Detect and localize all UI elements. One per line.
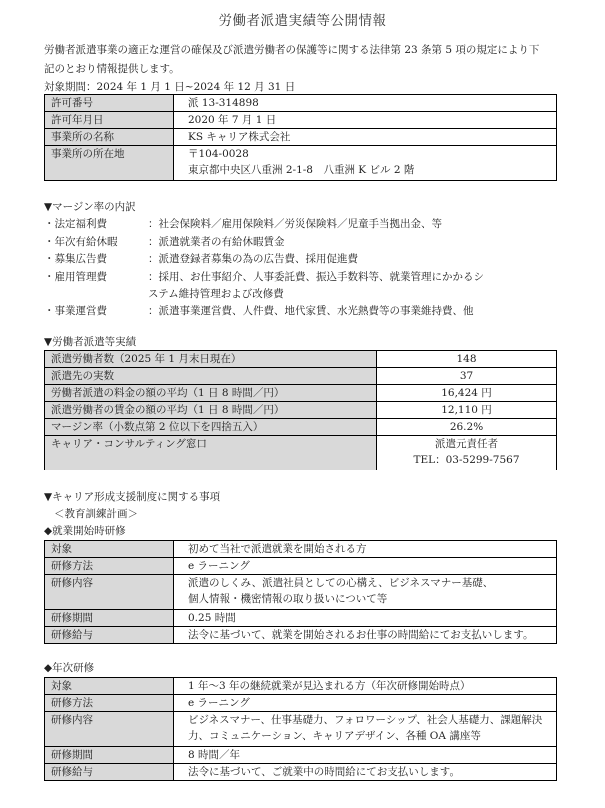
row-label: 研修期間: [45, 610, 174, 627]
row-value: 法令に基づいて、就業を開始されるお仕事の時間給にてお支払いします。: [174, 627, 557, 644]
row-label: 対象: [45, 678, 174, 695]
row-value: 8 時間／年: [174, 747, 557, 764]
row-label: 派遣労働者数（2025 年 1 月末日現在）: [45, 351, 377, 368]
table-row: 労働者派遣の料金の額の平均（1 日 8 時間／円） 16,424 円: [45, 385, 557, 402]
row-label: 事業所の所在地: [45, 146, 174, 181]
table-row: 対象 初めて当社で派遣就業を開始される方: [45, 541, 557, 558]
row-label: 研修期間: [45, 747, 174, 764]
item-value: ：採用、お仕事紹介、人事委託費、振込手数料等、就業管理にかかるシ: [148, 269, 484, 284]
list-item: ・募集広告費：派遣登録者募集の為の広告費、採用促進費: [44, 251, 358, 266]
row-label: 研修給与: [45, 764, 174, 781]
intro-line-2: 記のとおり情報提供します。: [44, 61, 180, 76]
career-heading: ▼キャリア形成支援制度に関する事項: [44, 489, 220, 504]
table-row: 研修方法 e ラーニング: [45, 695, 557, 712]
row-label: 研修内容: [45, 712, 174, 747]
table-row: 研修期間 8 時間／年: [45, 747, 557, 764]
row-value: 派遣のしくみ、派遣社員としての心構え、ビジネスマナー基礎、 個人情報・機密情報の…: [174, 575, 557, 610]
row-label: 研修内容: [45, 575, 174, 610]
row-label: 研修方法: [45, 695, 174, 712]
performance-table: 派遣労働者数（2025 年 1 月末日現在） 148 派遣先の実数 37 労働者…: [44, 350, 557, 470]
table-row: 派遣労働者の賃金の額の平均（1 日 8 時間／円） 12,110 円: [45, 402, 557, 419]
table-row: 研修給与 法令に基づいて、就業を開始されるお仕事の時間給にてお支払いします。: [45, 627, 557, 644]
company-name: KS キャリア株式会社: [174, 129, 557, 146]
street-address: 東京都中央区八重洲 2-1-8 八重洲 K ビル 2 階: [188, 162, 556, 178]
item-value: ：派遣事業運営費、人件費、地代家賃、水光熱費等の事業維持費、他: [148, 303, 474, 318]
row-value: 初めて当社で派遣就業を開始される方: [174, 541, 557, 558]
license-number: 派 13-314898: [174, 95, 557, 112]
dispatched-workers-count: 148: [377, 351, 557, 368]
page-title: 労働者派遣実績等公開情報: [0, 9, 605, 29]
row-value-line-1: ビジネスマナー、仕事基礎力、フォロワーシップ、社会人基礎力、課題解決: [188, 712, 556, 728]
postal-code: 〒104-0028: [188, 146, 556, 162]
table-row: 事業所の所在地 〒104-0028 東京都中央区八重洲 2-1-8 八重洲 K …: [45, 146, 557, 181]
initial-training-heading: ◆就業開始時研修: [44, 523, 126, 538]
table-row: 対象 1 年～3 年の継続就業が見込まれる方（年次研修開始時点）: [45, 678, 557, 695]
row-label: マージン率（小数点第 2 位以下を四捨五入）: [45, 419, 377, 436]
table-row: 派遣先の実数 37: [45, 368, 557, 385]
item-key: ・年次有給休暇: [44, 234, 148, 249]
table-row: 許可番号 派 13-314898: [45, 95, 557, 112]
table-row: 研修給与 法令に基づいて、ご就業中の時間給にてお支払いします。: [45, 764, 557, 781]
table-row: 許可年月日 2020 年 7 月 1 日: [45, 112, 557, 129]
row-value: 法令に基づいて、ご就業中の時間給にてお支払いします。: [174, 764, 557, 781]
annual-training-table: 対象 1 年～3 年の継続就業が見込まれる方（年次研修開始時点） 研修方法 e …: [44, 677, 557, 781]
item-key: ・雇用管理費: [44, 269, 148, 284]
table-row: 派遣労働者数（2025 年 1 月末日現在） 148: [45, 351, 557, 368]
item-value: ：派遣登録者募集の為の広告費、採用促進費: [148, 251, 358, 266]
row-label: 派遣先の実数: [45, 368, 377, 385]
table-row: 研修内容 ビジネスマナー、仕事基礎力、フォロワーシップ、社会人基礎力、課題解決 …: [45, 712, 557, 747]
average-wage: 12,110 円: [377, 402, 557, 419]
row-label: 許可番号: [45, 95, 174, 112]
item-value-continued: ステム維持管理および改修費: [148, 286, 284, 301]
intro-line-1: 労働者派遣事業の適正な運営の確保及び派遣労働者の保護等に関する法律第 23 条第…: [44, 42, 539, 57]
initial-training-table: 対象 初めて当社で派遣就業を開始される方 研修方法 e ラーニング 研修内容 派…: [44, 540, 557, 644]
row-value: 1 年～3 年の継続就業が見込まれる方（年次研修開始時点）: [174, 678, 557, 695]
row-label: 事業所の名称: [45, 129, 174, 146]
contact-phone: TEL：03-5299-7567: [377, 452, 556, 468]
item-key: ・事業運営費: [44, 303, 148, 318]
career-consulting-contact: 派遣元責任者 TEL：03-5299-7567: [377, 436, 557, 471]
company-info-table: 許可番号 派 13-314898 許可年月日 2020 年 7 月 1 日 事業…: [44, 94, 557, 181]
item-key: ・募集広告費: [44, 251, 148, 266]
table-row: 研修期間 0.25 時間: [45, 610, 557, 627]
table-row: 事業所の名称 KS キャリア株式会社: [45, 129, 557, 146]
row-value: e ラーニング: [174, 558, 557, 575]
row-value: ビジネスマナー、仕事基礎力、フォロワーシップ、社会人基礎力、課題解決 力、コミュ…: [174, 712, 557, 747]
item-value: ：派遣就業者の有給休暇賃金: [148, 234, 285, 249]
row-label: キャリア・コンサルティング窓口: [45, 436, 377, 471]
list-item: ・法定福利費：社会保険料／雇用保険料／労災保険料／児童手当拠出金、等: [44, 216, 442, 231]
row-label: 研修給与: [45, 627, 174, 644]
table-row: キャリア・コンサルティング窓口 派遣元責任者 TEL：03-5299-7567: [45, 436, 557, 471]
company-address: 〒104-0028 東京都中央区八重洲 2-1-8 八重洲 K ビル 2 階: [174, 146, 557, 181]
row-label: 許可年月日: [45, 112, 174, 129]
row-value: 0.25 時間: [174, 610, 557, 627]
average-fee: 16,424 円: [377, 385, 557, 402]
target-period: 対象期間：2024 年 1 月 1 日~2024 年 12 月 31 日: [44, 79, 295, 94]
license-date: 2020 年 7 月 1 日: [174, 112, 557, 129]
list-item: ・雇用管理費：採用、お仕事紹介、人事委託費、振込手数料等、就業管理にかかるシ: [44, 269, 484, 284]
margin-breakdown-heading: ▼マージン率の内訳: [44, 199, 136, 214]
row-value-line-2: 個人情報・機密情報の取り扱いについて等: [188, 591, 556, 607]
row-label: 派遣労働者の賃金の額の平均（1 日 8 時間／円）: [45, 402, 377, 419]
row-value-line-2: 力、コミュニケーション、キャリアデザイン、各種 OA 講座等: [188, 728, 556, 744]
annual-training-heading: ◆年次研修: [44, 660, 94, 675]
table-row: 研修内容 派遣のしくみ、派遣社員としての心構え、ビジネスマナー基礎、 個人情報・…: [45, 575, 557, 610]
row-value: e ラーニング: [174, 695, 557, 712]
row-label: 対象: [45, 541, 174, 558]
margin-rate: 26.2%: [377, 419, 557, 436]
performance-heading: ▼労働者派遣等実績: [44, 334, 136, 349]
item-value: ：社会保険料／雇用保険料／労災保険料／児童手当拠出金、等: [148, 216, 442, 231]
row-value-line-1: 派遣のしくみ、派遣社員としての心構え、ビジネスマナー基礎、: [188, 575, 556, 591]
list-item: ・事業運営費：派遣事業運営費、人件費、地代家賃、水光熱費等の事業維持費、他: [44, 303, 474, 318]
contact-person: 派遣元責任者: [377, 436, 556, 452]
client-count: 37: [377, 368, 557, 385]
item-key: ・法定福利費: [44, 216, 148, 231]
list-item: ・年次有給休暇：派遣就業者の有給休暇賃金: [44, 234, 285, 249]
table-row: マージン率（小数点第 2 位以下を四捨五入） 26.2%: [45, 419, 557, 436]
row-label: 労働者派遣の料金の額の平均（1 日 8 時間／円）: [45, 385, 377, 402]
training-plan-subheading: ＜教育訓練計画＞: [54, 506, 138, 521]
table-row: 研修方法 e ラーニング: [45, 558, 557, 575]
row-label: 研修方法: [45, 558, 174, 575]
